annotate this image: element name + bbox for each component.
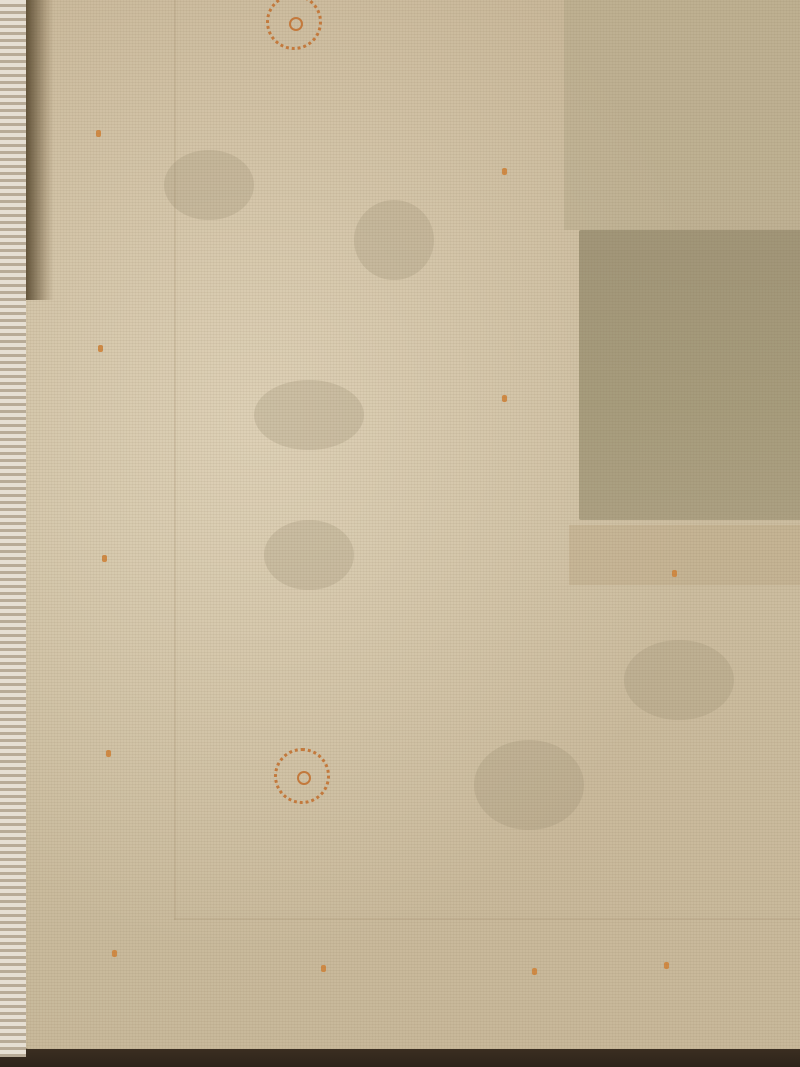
selvedge-edge [0, 0, 26, 1057]
floral-motif [354, 200, 434, 280]
rosette-bottom [274, 748, 330, 804]
rust-dot [502, 168, 507, 175]
rust-dot [112, 950, 117, 957]
field-guard-band [569, 525, 800, 585]
rust-dot [502, 395, 507, 402]
rust-dot [96, 130, 101, 137]
rust-dot [106, 750, 111, 757]
rust-dot [532, 968, 537, 975]
rust-dot [672, 570, 677, 577]
floral-motif [254, 380, 364, 450]
floral-motif [264, 520, 354, 590]
border-line-horizontal [174, 918, 800, 920]
border-line-vertical [174, 0, 176, 920]
floral-motif [164, 150, 254, 220]
floral-motif [474, 740, 584, 830]
rust-dot [98, 345, 103, 352]
rosette-top [266, 0, 322, 50]
inner-border [564, 0, 800, 230]
rug-photo [0, 0, 800, 1067]
rust-dot [664, 962, 669, 969]
rust-dot [321, 965, 326, 972]
edge-shadow [26, 0, 54, 300]
central-field [579, 230, 800, 520]
rust-dot [102, 555, 107, 562]
rug [24, 0, 800, 1049]
floral-motif [624, 640, 734, 720]
